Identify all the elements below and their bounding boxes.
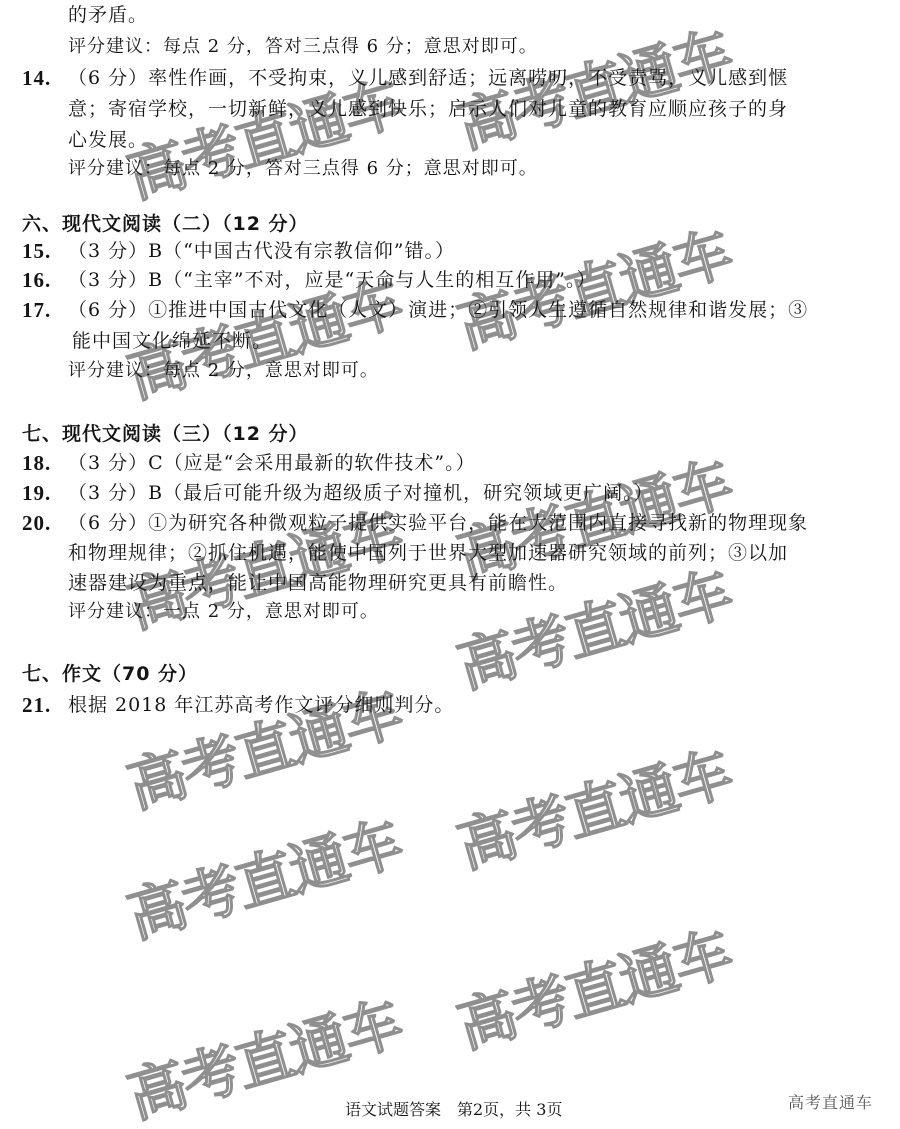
question-number-15: 15. <box>22 239 51 263</box>
q17-grading-note: 评分建议：每点 2 分，意思对即可。 <box>68 359 379 383</box>
q15-answer: （3 分）B（“中国古代没有宗教信仰”错。） <box>68 239 455 263</box>
q18-answer: （3 分）C（应是“会采用最新的软件技术”。） <box>68 451 476 475</box>
section-heading-essay: 七、作文（70 分） <box>22 662 198 686</box>
q19-answer: （3 分）B（最后可能升级为超级质子对撞机，研究领域更广阔。） <box>68 481 654 505</box>
watermark: 高考直通车 <box>447 726 739 884</box>
q16-answer: （3 分）B（“主宰”不对，应是“天命与人生的相互作用”。） <box>68 268 596 292</box>
question-number-19: 19. <box>22 481 51 505</box>
q14-grading-note: 评分建议：每点 2 分，答对三点得 6 分；意思对即可。 <box>68 157 538 181</box>
question-number-21: 21. <box>22 693 51 717</box>
q13-answer-end: 的矛盾。 <box>68 3 148 27</box>
watermark: 高考直通车 <box>447 546 739 704</box>
question-number-18: 18. <box>22 451 51 475</box>
question-number-17: 17. <box>22 298 51 322</box>
section-heading-modern-reading-2: 六、现代文阅读（二）（12 分） <box>22 212 309 236</box>
page-footer: 语文试题答案 第2页，共 3页 <box>345 1100 562 1120</box>
q14-answer-line2: 意；寄宿学校，一切新鲜，义儿感到快乐；启示人们对儿童的教育应顺应孩子的身 <box>68 97 788 121</box>
q21-answer: 根据 2018 年江苏高考作文评分细则判分。 <box>68 693 454 717</box>
watermark: 高考直通车 <box>447 906 739 1064</box>
question-number-20: 20. <box>22 511 51 535</box>
watermark: 高考直通车 <box>117 666 409 824</box>
q20-grading-note: 评分建议：一点 2 分，意思对即可。 <box>68 600 379 624</box>
q14-answer-line3: 心发展。 <box>68 128 148 152</box>
question-number-16: 16. <box>22 268 51 292</box>
q20-answer-line2: 和物理规律；②抓住机遇，能使中国列于世界大型加速器研究领域的前列；③以加 <box>68 541 788 565</box>
section-heading-modern-reading-3: 七、现代文阅读（三）（12 分） <box>22 422 309 446</box>
q20-answer-line1: （6 分）①为研究各种微观粒子提供实验平台，能在大范围内直接寻找新的物理现象 <box>68 511 808 535</box>
q14-answer-line1: （6 分）率性作画，不受拘束，义儿感到舒适；远离唠叨，不受责骂，义儿感到惬 <box>68 66 788 90</box>
brand-label: 高考直通车 <box>788 1090 873 1113</box>
q13-grading-note: 评分建议：每点 2 分，答对三点得 6 分；意思对即可。 <box>68 35 538 59</box>
watermark: 高考直通车 <box>117 796 409 954</box>
q17-answer-line1: （6 分）①推进中国古代文化（人文）演进；②引领人生遵循自然规律和谐发展；③ <box>68 298 808 322</box>
answer-page: 高考直通车 高考直通车 高考直通车 高考直通车 高考直通车 高考直通车 高考直通… <box>0 0 900 1129</box>
q17-answer-line2: 能中国文化绵延不断。 <box>72 329 272 353</box>
question-number-14: 14. <box>22 66 51 90</box>
q20-answer-line3: 速器建设为重点，能让中国高能物理研究更具有前瞻性。 <box>68 571 568 595</box>
